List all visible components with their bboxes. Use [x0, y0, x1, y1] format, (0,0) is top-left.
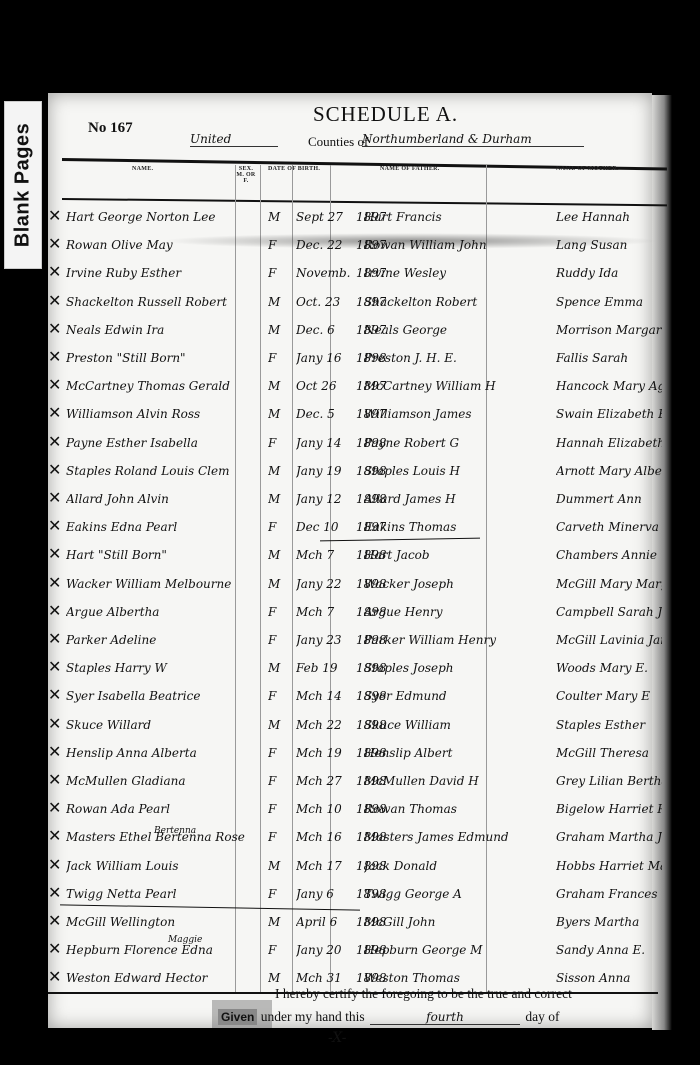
check-mark-icon: ✕: [48, 234, 61, 253]
child-name: Twigg Netta Pearl: [66, 887, 262, 901]
sex: F: [268, 887, 292, 901]
mother-name: Arnott Mary Alberta: [556, 464, 662, 478]
mother-name: Staples Esther: [556, 718, 662, 732]
child-name: Shackelton Russell Robert: [66, 295, 262, 309]
birth-date: Jany 14: [296, 436, 354, 450]
check-mark-icon: ✕: [48, 601, 61, 620]
child-name: Weston Edward Hector: [66, 971, 262, 985]
child-name: Rowan Olive May: [66, 238, 262, 252]
father-name: Staples Joseph: [364, 661, 554, 675]
check-mark-icon: ✕: [48, 573, 61, 592]
check-mark-icon: ✕: [48, 347, 61, 366]
sex: F: [268, 830, 292, 844]
sex: M: [268, 210, 292, 224]
sex: F: [268, 605, 292, 619]
child-name: Williamson Alvin Ross: [66, 407, 262, 421]
col-header-date: Date of Birth.: [268, 166, 320, 172]
child-name: McMullen Gladiana: [66, 774, 262, 788]
child-name: Eakins Edna Pearl: [66, 520, 262, 534]
table-row: ✕ Hepburn Florence Edna F Jany 20 1898 H…: [62, 939, 662, 963]
child-name: McGill Wellington: [66, 915, 262, 929]
sex: F: [268, 746, 292, 760]
mother-name: Morrison Margaret: [556, 323, 662, 337]
table-row: ✕ Preston "Still Born" F Jany 16 1898 Pr…: [62, 347, 662, 371]
counties-label: Counties of: [308, 134, 368, 150]
father-name: McCartney William H: [364, 379, 554, 393]
mother-name: Byers Martha: [556, 915, 662, 929]
birth-date: Mch 10: [296, 802, 354, 816]
father-name: Neals George: [364, 323, 554, 337]
father-name: Jack Donald: [364, 859, 554, 873]
sex: M: [268, 661, 292, 675]
birth-date: Novemb. 22: [296, 266, 354, 280]
child-name: Skuce Willard: [66, 718, 262, 732]
table-row: ✕ Wacker William Melbourne M Jany 22 189…: [62, 573, 662, 597]
father-name: Twigg George A: [364, 887, 554, 901]
sex: M: [268, 577, 292, 591]
table-row: ✕ Parker Adeline F Jany 23 1898 Parker W…: [62, 629, 662, 653]
mother-name: Ruddy Ida: [556, 266, 662, 280]
mother-name: Campbell Sarah Jane: [556, 605, 662, 619]
sex: M: [268, 915, 292, 929]
check-mark-icon: ✕: [48, 516, 61, 535]
child-name: Syer Isabella Beatrice: [66, 689, 262, 703]
table-row: ✕ Argue Albertha F Mch 7 1898 Argue Henr…: [62, 601, 662, 625]
sex: M: [268, 859, 292, 873]
check-mark-icon: ✕: [48, 770, 61, 789]
folio-number: No 167: [88, 120, 133, 137]
col-header-sex: Sex. M. or F.: [236, 166, 256, 184]
sex: F: [268, 802, 292, 816]
mother-name: McGill Mary Margaret: [556, 577, 662, 591]
table-row: ✕ Neals Edwin Ira M Dec. 6 1897 Neals Ge…: [62, 319, 662, 343]
check-mark-icon: ✕: [48, 826, 61, 845]
given-text: under my hand this: [261, 1009, 365, 1024]
child-name: Hart George Norton Lee: [66, 210, 262, 224]
sex: F: [268, 238, 292, 252]
table-row: ✕ McMullen Gladiana F Mch 27 1898 McMull…: [62, 770, 662, 794]
mother-name: Lang Susan: [556, 238, 662, 252]
table-row: ✕ Henslip Anna Alberta F Mch 19 1898 Hen…: [62, 742, 662, 766]
sex: M: [268, 971, 292, 985]
child-name: Argue Albertha: [66, 605, 262, 619]
father-name: Eakins Thomas: [364, 520, 554, 534]
father-name: Hepburn George M: [364, 943, 554, 957]
table-row: ✕ McCartney Thomas Gerald M Oct 26 1897 …: [62, 375, 662, 399]
child-name: Neals Edwin Ira: [66, 323, 262, 337]
table-row: ✕ McGill Wellington M April 6 1898 McGil…: [62, 911, 662, 935]
birth-date: Jany 19: [296, 464, 354, 478]
child-name: Staples Harry W: [66, 661, 262, 675]
birth-date: Jany 23: [296, 633, 354, 647]
table-row: ✕ Rowan Olive May F Dec. 22 1897 Rowan W…: [62, 234, 662, 258]
table-row: ✕ Allard John Alvin M Jany 12 1898 Allar…: [62, 488, 662, 512]
insert-maggie: Maggie: [168, 935, 202, 945]
father-name: McMullen David H: [364, 774, 554, 788]
table-row: ✕ Williamson Alvin Ross M Dec. 5 1897 Wi…: [62, 403, 662, 427]
mother-name: Carveth Minerva: [556, 520, 662, 534]
mother-name: McGill Lavinia Jane: [556, 633, 662, 647]
child-name: Parker Adeline: [66, 633, 262, 647]
mother-name: Lee Hannah: [556, 210, 662, 224]
mother-name: Sandy Anna E.: [556, 943, 662, 957]
mother-name: Dummert Ann: [556, 492, 662, 506]
father-name: McGill John: [364, 915, 554, 929]
sex: F: [268, 689, 292, 703]
birth-date: Mch 7: [296, 548, 354, 562]
birth-date: Jany 6: [296, 887, 354, 901]
col-header-mother: Name of Mother.: [556, 166, 619, 172]
birth-date: April 6: [296, 915, 354, 929]
insert-bertenna: Bertenna: [154, 826, 196, 836]
child-name: McCartney Thomas Gerald: [66, 379, 262, 393]
check-mark-icon: ✕: [48, 291, 61, 310]
check-mark-icon: ✕: [48, 967, 61, 986]
table-row: ✕ Rowan Ada Pearl F Mch 10 1898 Rowan Th…: [62, 798, 662, 822]
col-header-father: Name of Father.: [380, 166, 440, 172]
father-name: Irvine Wesley: [364, 266, 554, 280]
mother-name: Coulter Mary E: [556, 689, 662, 703]
mother-name: Hobbs Harriet Maria: [556, 859, 662, 873]
mother-name: Graham Frances: [556, 887, 662, 901]
check-mark-icon: ✕: [48, 206, 61, 225]
sex: M: [268, 548, 292, 562]
counties-handwritten: Northumberland & Durham: [362, 132, 584, 147]
father-name: Weston Thomas: [364, 971, 554, 985]
table-row: ✕ Masters Ethel Bertenna Rose F Mch 16 1…: [62, 826, 662, 850]
birth-date: Mch 7: [296, 605, 354, 619]
mother-name: Spence Emma: [556, 295, 662, 309]
counties-line: United Counties of Northumberland & Durh…: [190, 130, 590, 152]
mother-name: Chambers Annie: [556, 548, 662, 562]
mother-name: Woods Mary E.: [556, 661, 662, 675]
check-mark-icon: ✕: [48, 262, 61, 281]
father-name: Parker William Henry: [364, 633, 554, 647]
father-name: Rowan William John: [364, 238, 554, 252]
sex: F: [268, 774, 292, 788]
mother-name: Bigelow Harriet R: [556, 802, 662, 816]
check-mark-icon: ✕: [48, 544, 61, 563]
mother-name: McGill Theresa: [556, 746, 662, 760]
day-of-text: day of: [525, 1009, 559, 1024]
blank-pages-label: Blank Pages: [12, 123, 35, 247]
sex: M: [268, 323, 292, 337]
child-name: Jack William Louis: [66, 859, 262, 873]
table-row: ✕ Jack William Louis M Mch 17 1898 Jack …: [62, 855, 662, 879]
mother-name: Sisson Anna: [556, 971, 662, 985]
united-handwritten: United: [190, 132, 278, 147]
table-row: ✕ Shackelton Russell Robert M Oct. 23 18…: [62, 291, 662, 315]
sex: M: [268, 464, 292, 478]
birth-date: Jany 16: [296, 351, 354, 365]
table-row: ✕ Syer Isabella Beatrice F Mch 14 1898 S…: [62, 685, 662, 709]
father-name: Payne Robert G: [364, 436, 554, 450]
given-line: Given under my hand this fourth day of: [218, 1009, 559, 1025]
birth-date: Mch 17: [296, 859, 354, 873]
father-name: Skuce William: [364, 718, 554, 732]
mother-name: Fallis Sarah: [556, 351, 662, 365]
father-name: Henslip Albert: [364, 746, 554, 760]
blank-pages-tab[interactable]: Blank Pages: [4, 101, 42, 269]
table-row: ✕ Staples Harry W M Feb 19 1898 Staples …: [62, 657, 662, 681]
mother-name: Swain Elizabeth Emma: [556, 407, 662, 421]
birth-date: Jany 20: [296, 943, 354, 957]
table-row: ✕ Irvine Ruby Esther F Novemb. 22 1897 I…: [62, 262, 662, 286]
sex: M: [268, 407, 292, 421]
child-name: Wacker William Melbourne: [66, 577, 262, 591]
mother-name: Hannah Elizabeth: [556, 436, 662, 450]
child-name: Preston "Still Born": [66, 351, 262, 365]
child-name: Rowan Ada Pearl: [66, 802, 262, 816]
check-mark-icon: ✕: [48, 375, 61, 394]
schedule-title: SCHEDULE A.: [313, 102, 458, 127]
child-name: Hart "Still Born": [66, 548, 262, 562]
sex: F: [268, 633, 292, 647]
child-name: Payne Esther Isabella: [66, 436, 262, 450]
mother-name: Hancock Mary Agnes: [556, 379, 662, 393]
table-row: ✕ Skuce Willard M Mch 22 1898 Skuce Will…: [62, 714, 662, 738]
birth-date: Mch 16: [296, 830, 354, 844]
birth-date: Mch 22: [296, 718, 354, 732]
child-name: Staples Roland Louis Clem: [66, 464, 262, 478]
birth-date: Mch 27: [296, 774, 354, 788]
check-mark-icon: ✕: [48, 432, 61, 451]
birth-date: Dec 10: [296, 520, 354, 534]
given-word: Given: [218, 1009, 257, 1025]
father-name: Shackelton Robert: [364, 295, 554, 309]
day-handwritten: fourth: [370, 1010, 520, 1025]
table-row: ✕ Eakins Edna Pearl F Dec 10 1897 Eakins…: [62, 516, 662, 540]
birth-date: Jany 12: [296, 492, 354, 506]
check-mark-icon: ✕: [48, 855, 61, 874]
father-name: Masters James Edmund: [364, 830, 554, 844]
sex: M: [268, 492, 292, 506]
check-mark-icon: ✕: [48, 911, 61, 930]
father-name: Staples Louis H: [364, 464, 554, 478]
child-name: Allard John Alvin: [66, 492, 262, 506]
sex: F: [268, 266, 292, 280]
table-row: ✕ Hart "Still Born" M Mch 7 1898 Hart Ja…: [62, 544, 662, 568]
mother-name: Grey Lilian Bertha: [556, 774, 662, 788]
birth-date: Jany 22: [296, 577, 354, 591]
birth-date: Dec. 22: [296, 238, 354, 252]
check-mark-icon: ✕: [48, 742, 61, 761]
sex: F: [268, 943, 292, 957]
check-mark-icon: ✕: [48, 488, 61, 507]
certify-line: I hereby certify the foregoing to be the…: [275, 986, 572, 1002]
father-name: Preston J. H. E.: [364, 351, 554, 365]
sex: F: [268, 520, 292, 534]
check-mark-icon: ✕: [48, 460, 61, 479]
father-name: Wacker Joseph: [364, 577, 554, 591]
birth-date: Dec. 5: [296, 407, 354, 421]
birth-date: Feb 19: [296, 661, 354, 675]
check-mark-icon: ✕: [48, 629, 61, 648]
check-mark-icon: ✕: [48, 939, 61, 958]
father-name: Allard James H: [364, 492, 554, 506]
mother-name: Graham Martha Jane: [556, 830, 662, 844]
father-name: Hart Jacob: [364, 548, 554, 562]
check-mark-icon: ✕: [48, 883, 61, 902]
check-mark-icon: ✕: [48, 403, 61, 422]
table-row: ✕ Twigg Netta Pearl F Jany 6 1898 Twigg …: [62, 883, 662, 907]
sex: F: [268, 351, 292, 365]
check-mark-icon: ✕: [48, 798, 61, 817]
check-mark-icon: ✕: [48, 685, 61, 704]
child-name: Irvine Ruby Esther: [66, 266, 262, 280]
check-mark-icon: ✕: [48, 319, 61, 338]
father-name: Argue Henry: [364, 605, 554, 619]
child-name: Henslip Anna Alberta: [66, 746, 262, 760]
child-name: Hepburn Florence Edna: [66, 943, 262, 957]
sex: M: [268, 295, 292, 309]
birth-date: Sept 27: [296, 210, 354, 224]
sex: F: [268, 436, 292, 450]
table-row: ✕ Hart George Norton Lee M Sept 27 1897 …: [62, 206, 662, 230]
father-name: Rowan Thomas: [364, 802, 554, 816]
col-header-name: Name.: [132, 166, 153, 172]
father-name: Hart Francis: [364, 210, 554, 224]
father-name: Syer Edmund: [364, 689, 554, 703]
birth-date: Dec. 6: [296, 323, 354, 337]
footer-mark: -X-: [328, 1030, 346, 1046]
sex: M: [268, 718, 292, 732]
table-row: ✕ Staples Roland Louis Clem M Jany 19 18…: [62, 460, 662, 484]
father-name: Williamson James: [364, 407, 554, 421]
birth-date: Oct. 23: [296, 295, 354, 309]
check-mark-icon: ✕: [48, 657, 61, 676]
sex: M: [268, 379, 292, 393]
birth-date: Mch 31: [296, 971, 354, 985]
birth-date: Oct 26: [296, 379, 354, 393]
table-row: ✕ Payne Esther Isabella F Jany 14 1898 P…: [62, 432, 662, 456]
birth-date: Mch 14: [296, 689, 354, 703]
check-mark-icon: ✕: [48, 714, 61, 733]
birth-date: Mch 19: [296, 746, 354, 760]
